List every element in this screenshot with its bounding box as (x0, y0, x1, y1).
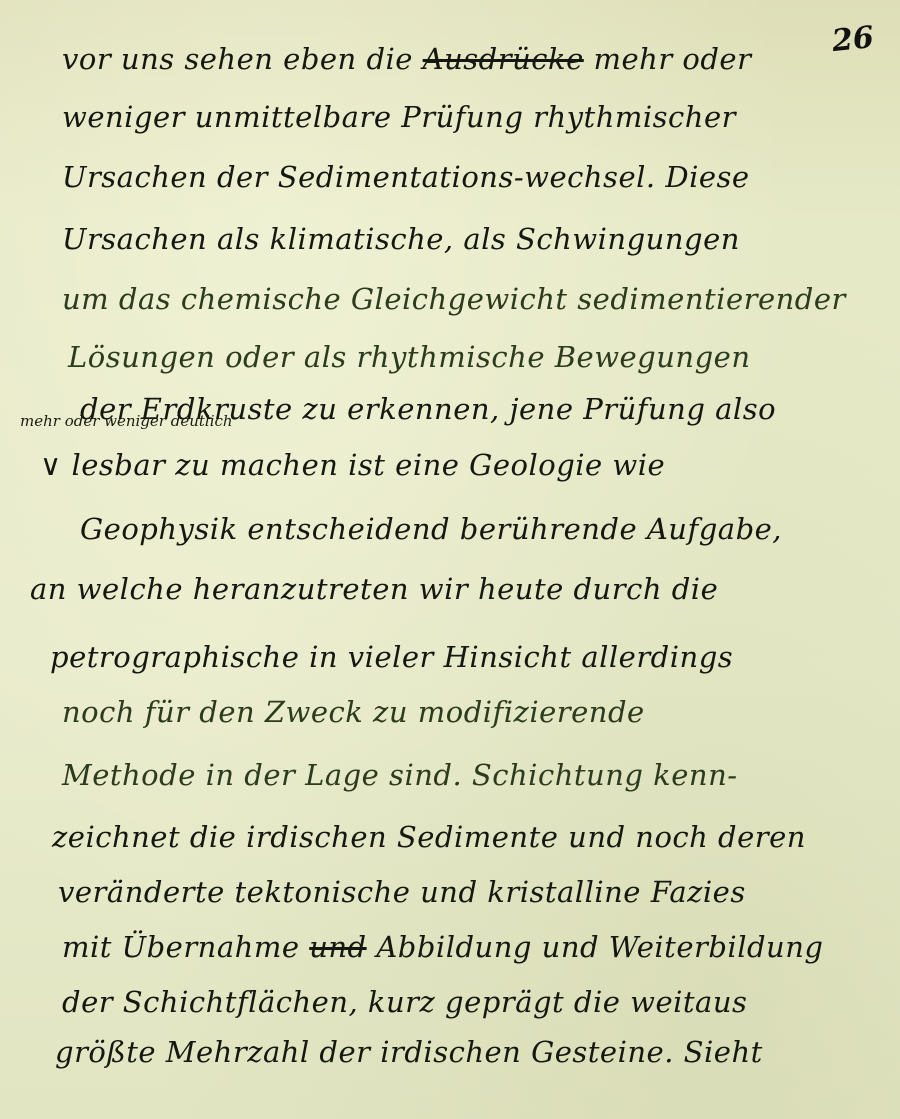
manuscript-line-5: um das chemische Gleichgewicht sedimenti… (62, 282, 846, 316)
manuscript-line-18: größte Mehrzahl der irdischen Gesteine. … (55, 1035, 763, 1069)
manuscript-line-1: vor uns sehen eben die Ausdrücke mehr od… (62, 42, 751, 76)
manuscript-line-3: Ursachen der Sedimentations-wechsel. Die… (62, 160, 750, 194)
manuscript-line-17: der Schichtflächen, kurz geprägt die wei… (62, 985, 747, 1019)
line-text: mit Übernahme (62, 930, 309, 964)
struck-through-word: und (309, 930, 366, 964)
manuscript-line-12: noch für den Zweck zu modifizierende (62, 695, 645, 729)
manuscript-line-13: Methode in der Lage sind. Schichtung ken… (62, 758, 738, 792)
line-text: vor uns sehen eben die (62, 42, 423, 76)
manuscript-line-6: Lösungen oder als rhythmische Bewegungen (68, 340, 751, 374)
manuscript-line-10: an welche heranzutreten wir heute durch … (30, 572, 718, 606)
manuscript-line-15: veränderte tektonische und kristalline F… (58, 875, 746, 909)
manuscript-page: 26 vor uns sehen eben die Ausdrücke mehr… (0, 0, 900, 1119)
insertion-caret-mark: ∨ (40, 448, 62, 482)
struck-through-word: Ausdrücke (423, 42, 584, 76)
interlinear-insertion: mehr oder weniger deutlich (20, 412, 233, 430)
manuscript-line-14: zeichnet die irdischen Sedimente und noc… (52, 820, 806, 854)
manuscript-line-2: weniger unmittelbare Prüfung rhythmische… (62, 100, 736, 134)
manuscript-line-11: petrographische in vieler Hinsicht aller… (50, 640, 733, 674)
manuscript-line-4: Ursachen als klimatische, als Schwingung… (62, 222, 740, 256)
manuscript-line-16: mit Übernahme und Abbildung und Weiterbi… (62, 930, 823, 964)
manuscript-line-9: Geophysik entscheidend berührende Aufgab… (80, 512, 782, 546)
line-text: Abbildung und Weiterbildung (367, 930, 824, 964)
page-number: 26 (830, 20, 875, 59)
line-text: mehr oder (584, 42, 752, 76)
manuscript-line-8: ∨ lesbar zu machen ist eine Geologie wie (40, 448, 665, 482)
line-text: lesbar zu machen ist eine Geologie wie (71, 448, 665, 482)
